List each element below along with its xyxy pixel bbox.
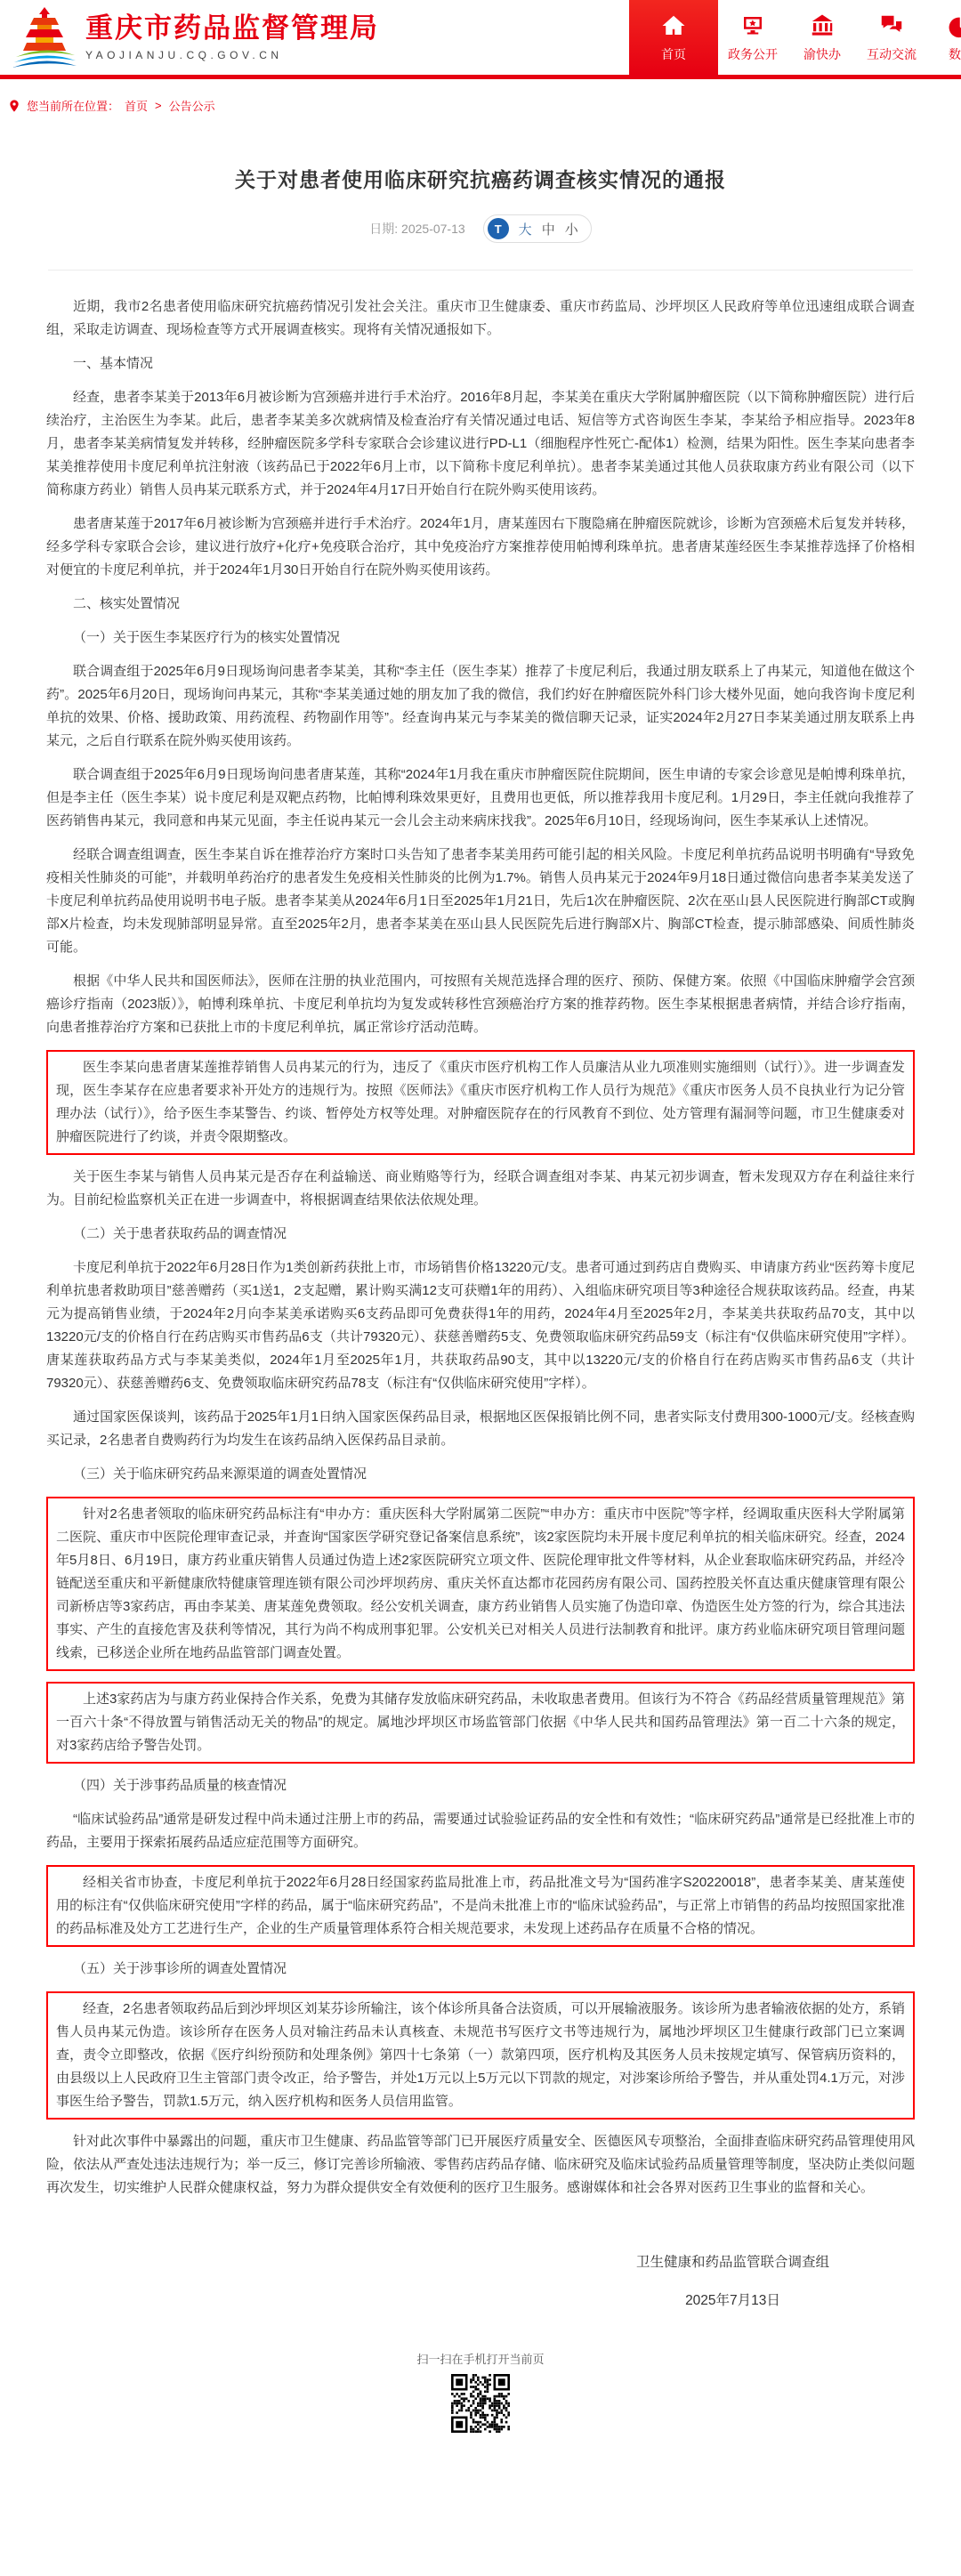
location-pin-icon (7, 99, 21, 113)
article-date: 日期: 2025-07-13 (369, 220, 464, 238)
qr-code (451, 2374, 510, 2433)
qr-block: 扫一扫在手机打开当前页 (0, 2350, 961, 2433)
signature-date: 2025年7月13日 (685, 2289, 780, 2309)
signature-org: 卫生健康和药品监管联合调查组 (636, 2251, 829, 2271)
site-logo[interactable]: 重庆市药品监督管理局 YAOJIANJU.CQ.GOV.CN (12, 5, 379, 68)
chat-bubbles-icon (878, 12, 905, 39)
home-icon (660, 12, 687, 39)
nav-item-label: 政务公开 (728, 45, 778, 63)
body-paragraph: 经联合调查组调查，医生李某自诉在推荐治疗方案时口头告知了患者李某美用药可能引起的… (46, 844, 915, 959)
section-heading: （三）关于临床研究药品来源渠道的调查处置情况 (46, 1463, 915, 1486)
body-paragraph: 患者唐某莲于2017年6月被诊断为宫颈癌并进行手术治疗。2024年1月，唐某莲因… (46, 513, 915, 582)
font-size-control: T 大 中 小 (483, 214, 592, 243)
breadcrumb-prefix: 您当前所在位置： (27, 97, 119, 114)
nav-item-label: 数据 (949, 45, 961, 63)
site-name: 重庆市药品监督管理局 (85, 12, 379, 45)
body-paragraph: 卡度尼利单抗于2022年6月28日作为1类创新药获批上市，市场销售价格13220… (46, 1256, 915, 1395)
boxed-paragraph: 经查，2名患者领取药品后到沙坪坝区刘某芬诊所输注，该个体诊所具备合法资质，可以开… (46, 1991, 915, 2120)
nav-item-数据[interactable]: 数据 (926, 0, 961, 75)
boxed-paragraph: 针对2名患者领取的临床研究药品标注有“申办方：重庆医科大学附属第二医院”“申办方… (46, 1497, 915, 1671)
section-heading: （五）关于涉事诊所的调查处置情况 (46, 1958, 915, 1981)
body-paragraph: 联合调查组于2025年6月9日现场询问患者李某美，其称“李主任（医生李某）推荐了… (46, 660, 915, 753)
signature-block: 卫生健康和药品监管联合调查组 2025年7月13日 (636, 2251, 829, 2309)
section-heading: 一、基本情况 (46, 352, 915, 375)
boxed-paragraph: 经相关省市协查，卡度尼利单抗于2022年6月28日经国家药监局批准上市，药品批准… (46, 1865, 915, 1947)
section-heading: （一）关于医生李某医疗行为的核实处置情况 (46, 626, 915, 650)
body-paragraph: 通过国家医保谈判，该药品于2025年1月1日纳入国家医保药品目录，根据地区医保报… (46, 1406, 915, 1452)
nav-item-政务公开[interactable]: 政务公开 (718, 0, 787, 75)
font-small-button[interactable]: 小 (565, 220, 578, 238)
section-heading: （四）关于涉事药品质量的核查情况 (46, 1774, 915, 1797)
nav-item-label: 渝快办 (804, 45, 841, 63)
site-domain: YAOJIANJU.CQ.GOV.CN (85, 49, 379, 61)
section-heading: （二）关于患者获取药品的调查情况 (46, 1223, 915, 1246)
font-medium-button[interactable]: 中 (542, 220, 555, 238)
nav-item-label: 首页 (661, 45, 686, 63)
nav-item-渝快办[interactable]: 渝快办 (787, 0, 857, 75)
breadcrumb-section-link[interactable]: 公告公示 (169, 97, 215, 114)
qr-caption: 扫一扫在手机打开当前页 (416, 2350, 544, 2367)
pagoda-logo-icon (12, 5, 77, 68)
font-large-button[interactable]: 大 (519, 220, 532, 238)
site-header: 重庆市药品监督管理局 YAOJIANJU.CQ.GOV.CN 首页政务公开渝快办… (0, 0, 961, 75)
gov-building-icon (809, 12, 836, 39)
breadcrumb-separator: > (155, 99, 162, 112)
body-paragraph: 近期，我市2名患者使用临床研究抗癌药情况引发社会关注。重庆市卫生健康委、重庆市药… (46, 295, 915, 342)
body-paragraph: 针对此次事件中暴露出的问题，重庆市卫生健康、药品监管等部门已开展医疗质量安全、医… (46, 2130, 915, 2200)
nav-item-首页[interactable]: 首页 (629, 0, 718, 75)
body-paragraph: 关于医生李某与销售人员冉某元是否存在利益输送、商业贿赂等行为，经联合调查组对李某… (46, 1166, 915, 1212)
section-heading: 二、核实处置情况 (46, 593, 915, 616)
body-paragraph: “临床试验药品”通常是研发过程中尚未通过注册上市的药品，需要通过试验验证药品的安… (46, 1808, 915, 1854)
article-meta-row: 日期: 2025-07-13 T 大 中 小 (0, 214, 961, 243)
boxed-paragraph: 上述3家药店为与康方药业保持合作关系，免费为其储存发放临床研究药品，未收取患者费… (46, 1682, 915, 1764)
font-size-icon: T (488, 218, 509, 239)
article-body: 近期，我市2名患者使用临床研究抗癌药情况引发社会关注。重庆市卫生健康委、重庆市药… (0, 271, 961, 2200)
body-paragraph: 经查，患者李某美于2013年6月被诊断为宫颈癌并进行手术治疗。2016年8月起，… (46, 386, 915, 502)
page-title: 关于对患者使用临床研究抗癌药调查核实情况的通报 (0, 164, 961, 193)
body-paragraph: 联合调查组于2025年6月9日现场询问患者唐某莲，其称“2024年1月我在重庆市… (46, 763, 915, 833)
nav-item-label: 互动交流 (867, 45, 917, 63)
breadcrumb: 您当前所在位置： 首页 > 公告公示 (0, 79, 961, 114)
pie-chart-icon (948, 12, 961, 39)
boxed-paragraph: 医生李某向患者唐某莲推荐销售人员冉某元的行为，违反了《重庆市医疗机构工作人员廉洁… (46, 1050, 915, 1155)
nav-item-互动交流[interactable]: 互动交流 (857, 0, 926, 75)
body-paragraph: 根据《中华人民共和国医师法》，医师在注册的执业范围内，可按照有关规范选择合理的医… (46, 970, 915, 1039)
monitor-star-icon (739, 12, 766, 39)
main-nav: 首页政务公开渝快办互动交流数据 (629, 0, 961, 75)
breadcrumb-home-link[interactable]: 首页 (125, 97, 148, 114)
